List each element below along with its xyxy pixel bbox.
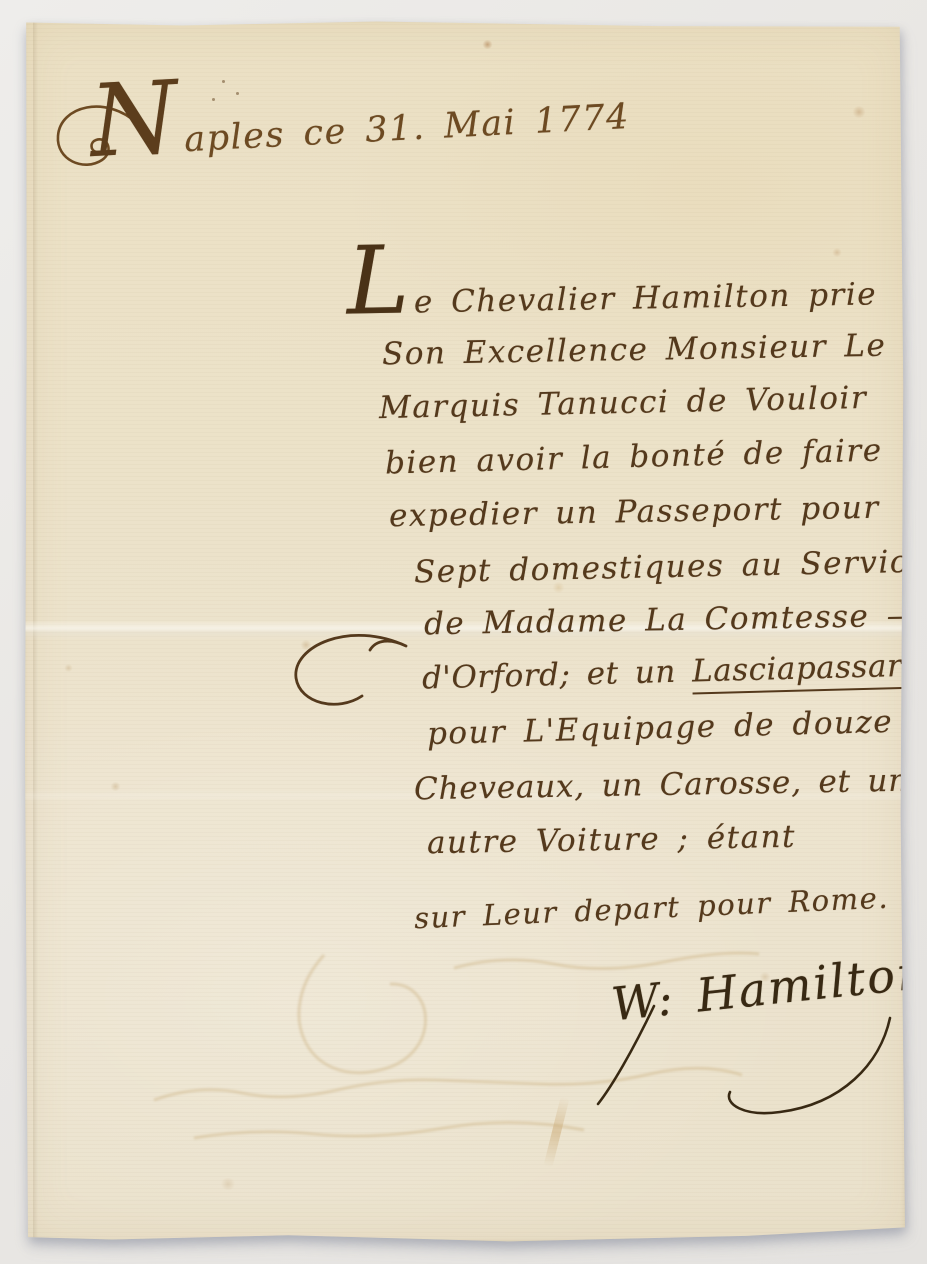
foxing-stain xyxy=(64,664,73,672)
body-line-1: Le Chevalier Hamilton prie xyxy=(347,273,878,323)
foxing-stain xyxy=(482,40,493,49)
paper-shadow-wrap: Naples ce 31. Mai 1774 Le Chevalier Hami… xyxy=(0,0,927,1264)
body-line-4: bien avoir la bonté de faire xyxy=(385,430,884,483)
body-line-12: sur Leur depart pour Rome. xyxy=(413,878,889,939)
body-line-2: Son Excellence Monsieur Le xyxy=(382,326,887,375)
foxing-stain xyxy=(300,640,312,650)
body-line-10: Cheveaux, un Carosse, et un xyxy=(414,761,910,810)
signature: W: Hamilton xyxy=(610,952,927,1025)
stain-streak xyxy=(543,1096,569,1168)
body-line-5: expedier un Passeport pour xyxy=(389,488,880,537)
ink-speck xyxy=(222,80,225,83)
body-line-3: Marquis Tanucci de Vouloir xyxy=(379,378,868,428)
body-line-11: autre Voiture ; étant xyxy=(427,817,797,863)
margin-flourish-icon xyxy=(280,630,416,718)
foxing-stain xyxy=(110,782,121,791)
body-line-8-prefix: d'Orford; et un xyxy=(422,653,693,696)
letter-sheet: Naples ce 31. Mai 1774 Le Chevalier Hami… xyxy=(24,20,905,1242)
body-line-8: d'Orford; et un Lasciapassare xyxy=(422,645,922,698)
dateline: Naples ce 31. Mai 1774 xyxy=(90,94,631,165)
scan-backdrop: Naples ce 31. Mai 1774 Le Chevalier Hami… xyxy=(0,0,927,1264)
underlined-word: Lasciapassare xyxy=(692,647,922,694)
ink-speck xyxy=(236,92,239,95)
body-line-9: pour L'Equipage de douze xyxy=(427,702,894,754)
foxing-stain xyxy=(832,248,842,257)
left-edge-crease xyxy=(33,20,38,1242)
body-line-6: Sept domestiques au Service xyxy=(414,542,927,593)
ink-speck xyxy=(212,98,215,101)
body-line-7: de Madame La Comtesse — xyxy=(424,596,920,645)
foxing-stain xyxy=(220,1178,236,1190)
foxing-stain xyxy=(852,106,866,118)
